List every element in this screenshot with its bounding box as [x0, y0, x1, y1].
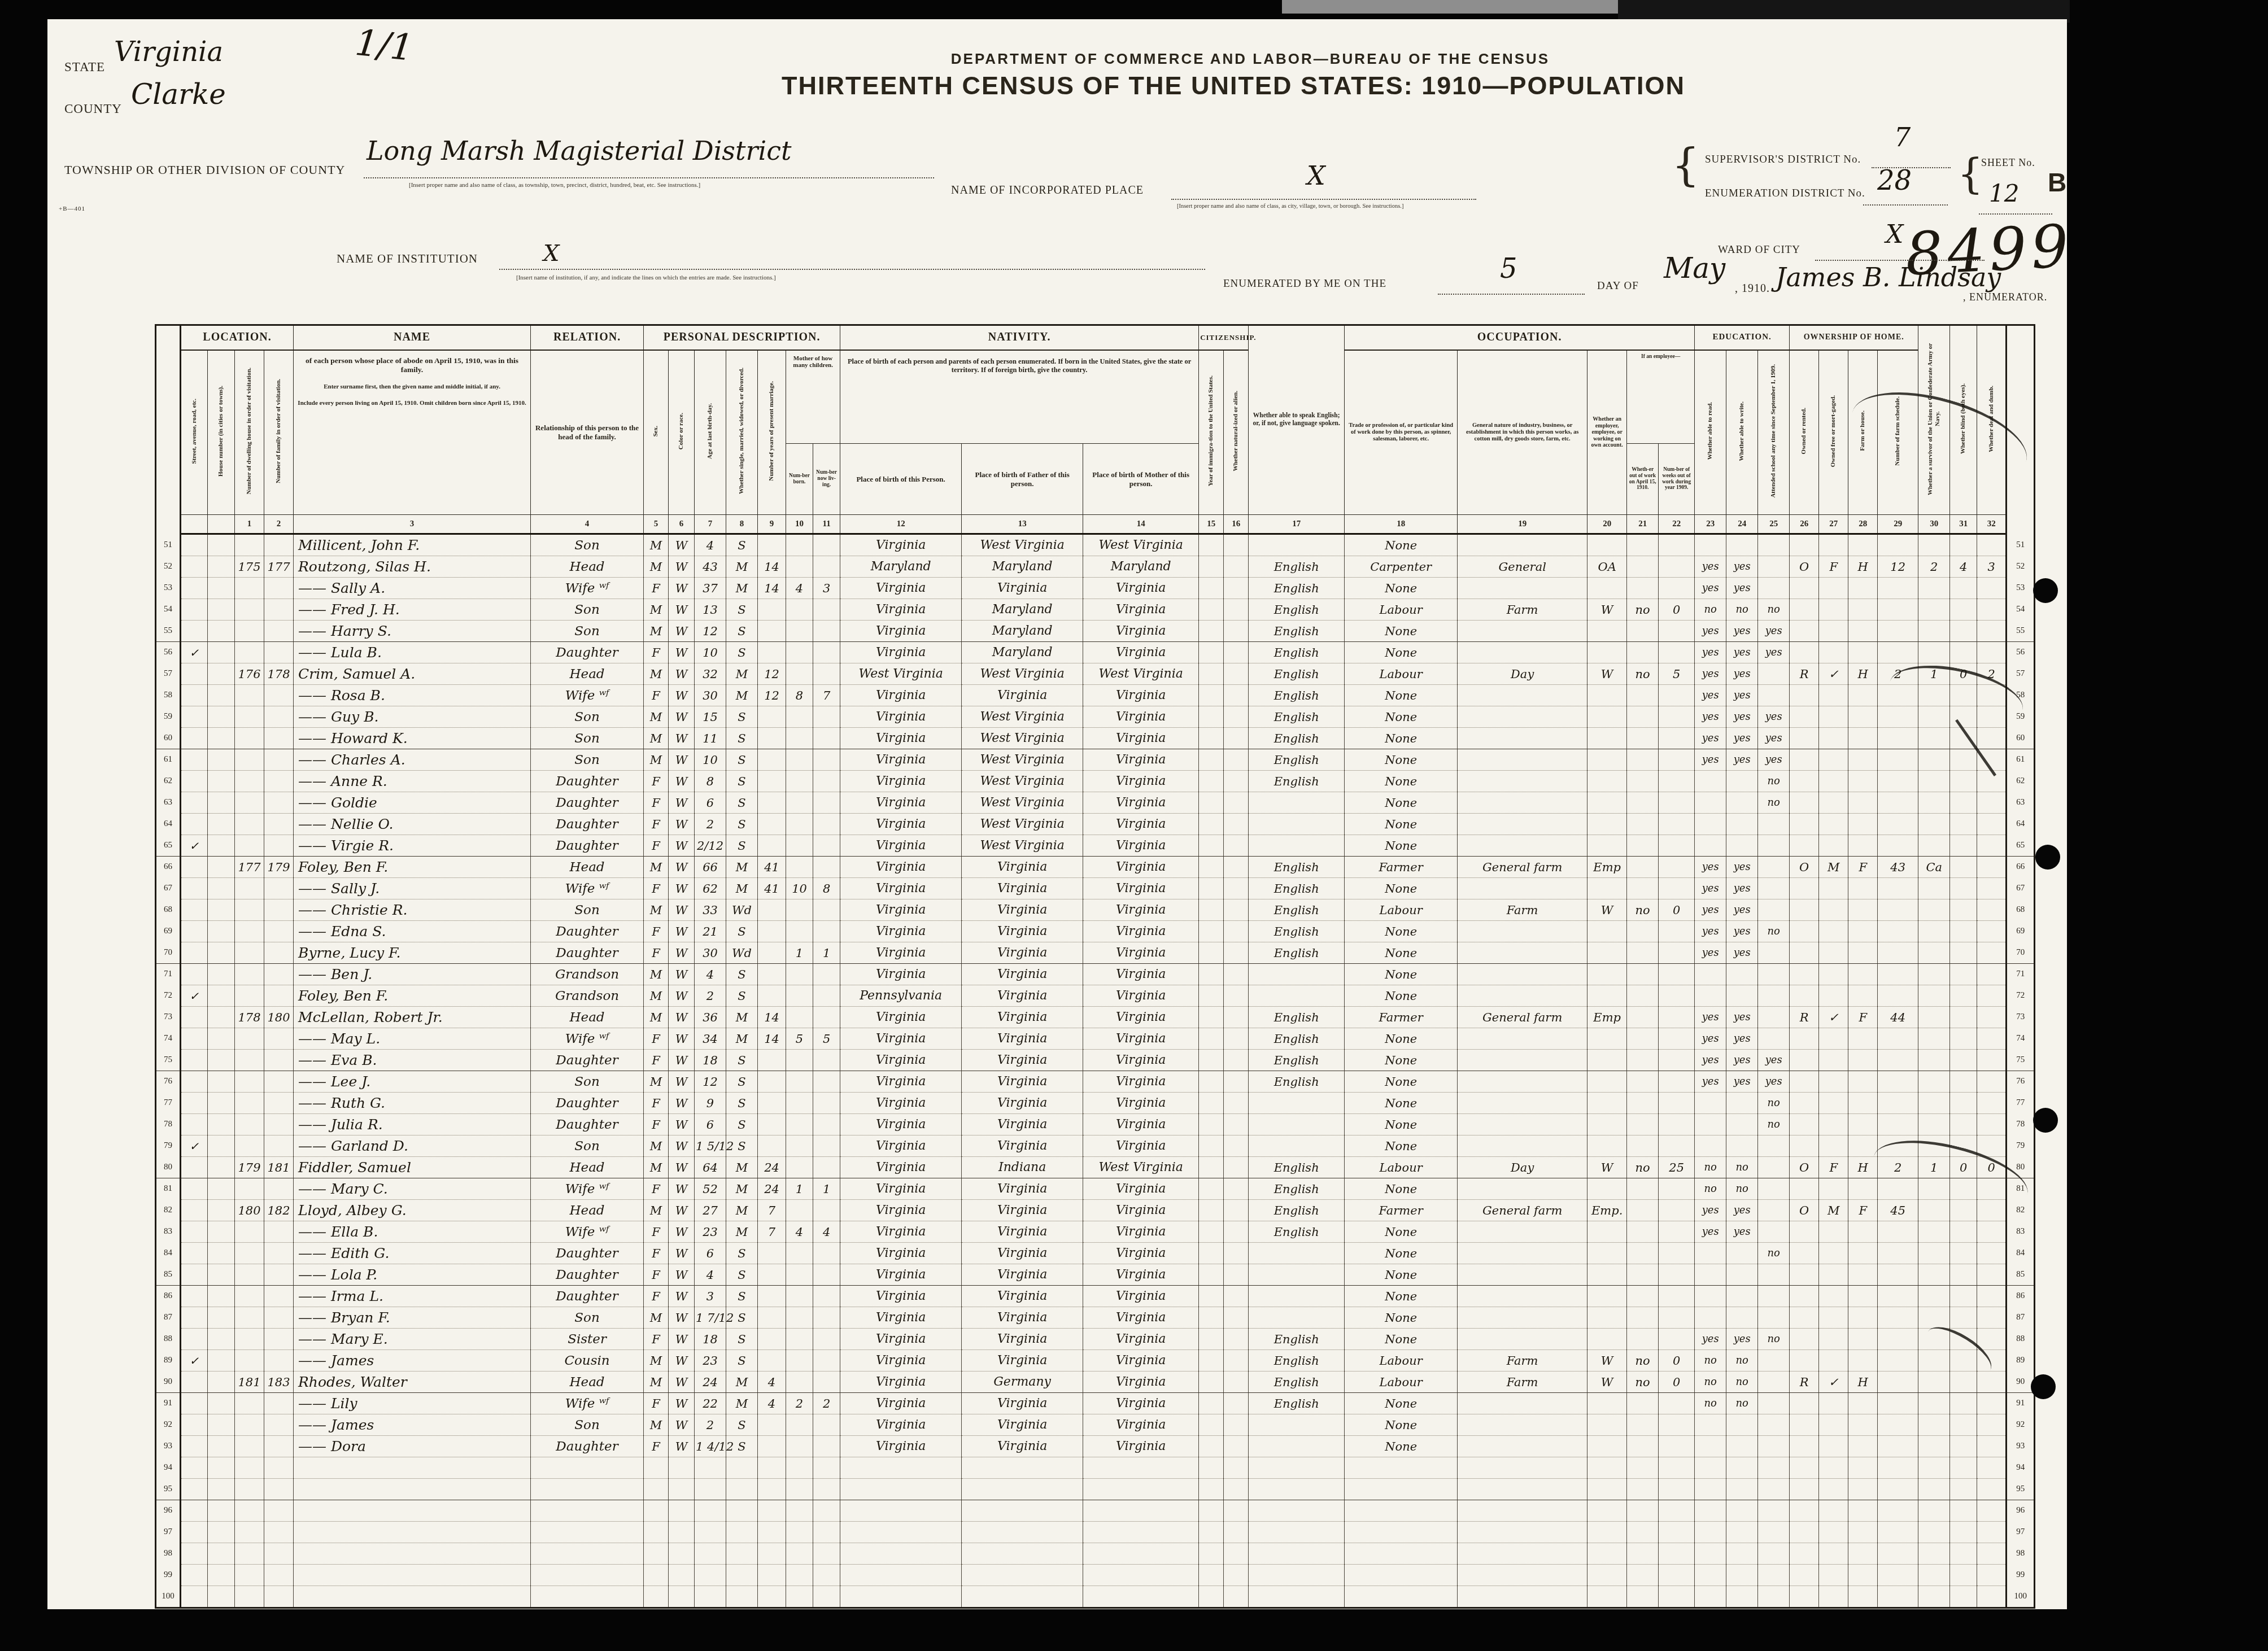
mother-birthplace: Virginia	[1083, 1178, 1199, 1200]
street-mark	[181, 1543, 208, 1565]
line-number-right: 83	[2007, 1221, 2035, 1243]
out-of-work	[1627, 534, 1659, 556]
speaks-english: English	[1249, 728, 1345, 749]
farm-or-house	[1848, 1178, 1878, 1200]
industry: General farm	[1458, 857, 1587, 878]
age: 2	[695, 985, 726, 1007]
hole-punch	[2033, 1108, 2058, 1133]
sex: M	[644, 857, 669, 878]
census-rows: 51Millicent, John F.SonMW4SVirginiaWest …	[156, 534, 2035, 1608]
attended-school	[1758, 1522, 1790, 1543]
table-row: 80179181Fiddler, SamuelHeadMW64M24Virgin…	[156, 1157, 2035, 1178]
county-value: Clarke	[131, 78, 226, 111]
blind	[1950, 578, 1977, 599]
column-trade: Trade or profession of, or particular ki…	[1345, 350, 1458, 515]
trade: None	[1345, 685, 1458, 706]
owned-rented	[1790, 814, 1819, 835]
name: Byrne, Lucy F.	[294, 942, 531, 964]
owned-rented	[1790, 771, 1819, 792]
street-mark	[181, 1565, 208, 1586]
free-mortgaged	[1819, 1500, 1848, 1522]
deaf	[1977, 728, 2007, 749]
speaks-english: English	[1249, 1329, 1345, 1350]
attended-school	[1758, 1157, 1790, 1178]
column-number: 32	[1977, 515, 2007, 534]
birthplace	[840, 1565, 962, 1586]
farm-or-house	[1848, 835, 1878, 857]
immigration-year	[1199, 1157, 1224, 1178]
deaf	[1977, 1500, 2007, 1522]
name: —— Julia R.	[294, 1114, 531, 1135]
father-birthplace: Virginia	[962, 1243, 1083, 1264]
reads: yes	[1695, 642, 1726, 663]
line-number-left: 86	[156, 1286, 181, 1307]
relation: Son	[531, 599, 644, 621]
column-age: Age at last birth-day.	[695, 350, 726, 515]
years-married	[758, 1457, 786, 1479]
birthplace: Virginia	[840, 728, 962, 749]
children-living: 2	[813, 1393, 840, 1414]
writes: yes	[1726, 921, 1758, 942]
line-number-left: 95	[156, 1479, 181, 1500]
years-married: 14	[758, 1028, 786, 1050]
attended-school	[1758, 1500, 1790, 1522]
blind	[1950, 621, 1977, 642]
farm-or-house	[1848, 1500, 1878, 1522]
out-of-work	[1627, 556, 1659, 578]
employer-status	[1587, 1307, 1627, 1329]
weeks-out-of-work: 0	[1659, 1372, 1695, 1393]
trade: None	[1345, 1264, 1458, 1286]
reads	[1695, 1479, 1726, 1500]
name: Foley, Ben F.	[294, 985, 531, 1007]
name: —— Lily	[294, 1393, 531, 1414]
farm-or-house	[1848, 621, 1878, 642]
attended-school: no	[1758, 599, 1790, 621]
age: 18	[695, 1050, 726, 1071]
farm-schedule	[1878, 728, 1918, 749]
name: —— May L.	[294, 1028, 531, 1050]
line-number-right: 60	[2007, 728, 2035, 749]
trade: None	[1345, 878, 1458, 899]
mother-birthplace: West Virginia	[1083, 663, 1199, 685]
blind	[1950, 835, 1977, 857]
children-born	[786, 663, 813, 685]
street-mark	[181, 1221, 208, 1243]
dotted-line	[1863, 167, 1948, 206]
birthplace: Virginia	[840, 942, 962, 964]
street-mark	[181, 1372, 208, 1393]
street-mark	[181, 899, 208, 921]
family-number	[264, 985, 294, 1007]
war-survivor	[1918, 1586, 1950, 1608]
name: —— Lee J.	[294, 1071, 531, 1093]
table-row: 69—— Edna S.DaughterFW21SVirginiaVirgini…	[156, 921, 2035, 942]
table-row: 55—— Harry S.SonMW12SVirginiaMarylandVir…	[156, 621, 2035, 642]
children-living	[813, 771, 840, 792]
children-living	[813, 964, 840, 985]
family-number	[264, 1286, 294, 1307]
children-living	[813, 1457, 840, 1479]
line-number-right: 65	[2007, 835, 2035, 857]
children-born	[786, 642, 813, 663]
sex: M	[644, 899, 669, 921]
marital-status	[726, 1522, 758, 1543]
sheet-letter: B	[2048, 167, 2067, 198]
weeks-out-of-work	[1659, 985, 1695, 1007]
attended-school: yes	[1758, 749, 1790, 771]
speaks-english: English	[1249, 663, 1345, 685]
line-number-left: 61	[156, 749, 181, 771]
line-number-right: 68	[2007, 899, 2035, 921]
color: W	[669, 1114, 695, 1135]
industry: Farm	[1458, 899, 1587, 921]
industry	[1458, 1457, 1587, 1479]
reads	[1695, 1135, 1726, 1157]
writes	[1726, 1479, 1758, 1500]
color	[669, 1565, 695, 1586]
children-born	[786, 985, 813, 1007]
writes: yes	[1726, 621, 1758, 642]
owned-rented	[1790, 985, 1819, 1007]
birthplace: Virginia	[840, 1200, 962, 1221]
house-number	[208, 921, 235, 942]
naturalized	[1224, 857, 1249, 878]
children-living	[813, 1372, 840, 1393]
house-number	[208, 1500, 235, 1522]
employer-status	[1587, 706, 1627, 728]
table-row: 85—— Lola P.DaughterFW4SVirginiaVirginia…	[156, 1264, 2035, 1286]
house-number	[208, 1565, 235, 1586]
line-number-left: 65	[156, 835, 181, 857]
line-number-right: 97	[2007, 1522, 2035, 1543]
line-number-left: 70	[156, 942, 181, 964]
line-number-right: 76	[2007, 1071, 2035, 1093]
free-mortgaged	[1819, 578, 1848, 599]
weeks-out-of-work	[1659, 1178, 1695, 1200]
column-number: 18	[1345, 515, 1458, 534]
age: 34	[695, 1028, 726, 1050]
attended-school: no	[1758, 1093, 1790, 1114]
color: W	[669, 621, 695, 642]
line-number-left: 56	[156, 642, 181, 663]
weeks-out-of-work	[1659, 1565, 1695, 1586]
war-survivor	[1918, 1393, 1950, 1414]
street-mark	[181, 1050, 208, 1071]
industry	[1458, 1307, 1587, 1329]
name: —— Fred J. H.	[294, 599, 531, 621]
street-mark: ✓	[181, 835, 208, 857]
line-number-right: 78	[2007, 1114, 2035, 1135]
trade: None	[1345, 1436, 1458, 1457]
birthplace: Virginia	[840, 1329, 962, 1350]
naturalized	[1224, 1221, 1249, 1243]
farm-or-house	[1848, 878, 1878, 899]
sex: F	[644, 1329, 669, 1350]
line-number-right: 55	[2007, 621, 2035, 642]
trade: None	[1345, 1071, 1458, 1093]
age	[695, 1565, 726, 1586]
family-number	[264, 1307, 294, 1329]
relation	[531, 1565, 644, 1586]
table-row: 9696	[156, 1500, 2035, 1522]
name: —— Charles A.	[294, 749, 531, 771]
street-mark	[181, 1393, 208, 1414]
reads: yes	[1695, 621, 1726, 642]
farm-schedule	[1878, 1286, 1918, 1307]
immigration-year	[1199, 1264, 1224, 1286]
line-number-left: 54	[156, 599, 181, 621]
street-mark	[181, 1264, 208, 1286]
farm-or-house	[1848, 771, 1878, 792]
sex: F	[644, 642, 669, 663]
house-number	[208, 556, 235, 578]
blind	[1950, 1393, 1977, 1414]
immigration-year	[1199, 685, 1224, 706]
color: W	[669, 1329, 695, 1350]
relation: Son	[531, 1071, 644, 1093]
war-survivor	[1918, 1457, 1950, 1479]
column-number: 1	[235, 515, 264, 534]
column-weeks-out: Num-ber of weeks out of work during year…	[1659, 444, 1695, 515]
house-number	[208, 1457, 235, 1479]
line-number-right: 53	[2007, 578, 2035, 599]
family-number: 182	[264, 1200, 294, 1221]
color: W	[669, 1200, 695, 1221]
mother-birthplace: Virginia	[1083, 1286, 1199, 1307]
industry	[1458, 1329, 1587, 1350]
attended-school	[1758, 1007, 1790, 1028]
mother-birthplace: Virginia	[1083, 728, 1199, 749]
family-number: 177	[264, 556, 294, 578]
street-mark	[181, 1093, 208, 1114]
speaks-english	[1249, 534, 1345, 556]
industry	[1458, 814, 1587, 835]
dwelling-number	[235, 1436, 264, 1457]
age: 3	[695, 1286, 726, 1307]
name	[294, 1565, 531, 1586]
immigration-year	[1199, 1135, 1224, 1157]
naturalized	[1224, 1522, 1249, 1543]
line-number-left: 67	[156, 878, 181, 899]
form-header: +B—401 STATE Virginia 1∕1 COUNTY Clarke …	[47, 19, 2067, 327]
weeks-out-of-work	[1659, 1243, 1695, 1264]
house-number	[208, 792, 235, 814]
family-number	[264, 1093, 294, 1114]
farm-schedule	[1878, 921, 1918, 942]
birthplace: Virginia	[840, 1436, 962, 1457]
house-number	[208, 1221, 235, 1243]
farm-schedule	[1878, 1221, 1918, 1243]
marital-status: S	[726, 1114, 758, 1135]
column-number: 11	[813, 515, 840, 534]
sex: M	[644, 749, 669, 771]
line-number-left: 96	[156, 1500, 181, 1522]
name: —— Anne R.	[294, 771, 531, 792]
free-mortgaged	[1819, 1565, 1848, 1586]
line-number-right: 73	[2007, 1007, 2035, 1028]
speaks-english: English	[1249, 1200, 1345, 1221]
street-mark	[181, 599, 208, 621]
writes	[1726, 1500, 1758, 1522]
naturalized	[1224, 1264, 1249, 1286]
street-mark	[181, 1307, 208, 1329]
street-mark	[181, 1157, 208, 1178]
hole-punch	[2033, 578, 2058, 603]
sex: F	[644, 1028, 669, 1050]
children-born	[786, 1436, 813, 1457]
attended-school	[1758, 1178, 1790, 1200]
house-number	[208, 985, 235, 1007]
farm-or-house	[1848, 814, 1878, 835]
line-number-left: 72	[156, 985, 181, 1007]
family-number	[264, 642, 294, 663]
owned-rented	[1790, 1093, 1819, 1114]
deaf	[1977, 1093, 2007, 1114]
employer-status: W	[1587, 1350, 1627, 1372]
out-of-work	[1627, 685, 1659, 706]
father-birthplace	[962, 1586, 1083, 1608]
naturalized	[1224, 685, 1249, 706]
years-married	[758, 1543, 786, 1565]
free-mortgaged	[1819, 964, 1848, 985]
years-married	[758, 706, 786, 728]
children-born	[786, 1286, 813, 1307]
years-married	[758, 814, 786, 835]
name: —— Lola P.	[294, 1264, 531, 1286]
age: 22	[695, 1393, 726, 1414]
deaf	[1977, 1071, 2007, 1093]
reads	[1695, 534, 1726, 556]
children-born: 10	[786, 878, 813, 899]
deaf	[1977, 1264, 2007, 1286]
immigration-year	[1199, 1093, 1224, 1114]
table-row: 59—— Guy B.SonMW15SVirginiaWest Virginia…	[156, 706, 2035, 728]
dwelling-number	[235, 621, 264, 642]
weeks-out-of-work	[1659, 621, 1695, 642]
birthplace	[840, 1522, 962, 1543]
father-birthplace: Virginia	[962, 1114, 1083, 1135]
weeks-out-of-work	[1659, 1393, 1695, 1414]
out-of-work	[1627, 1071, 1659, 1093]
farm-schedule	[1878, 1500, 1918, 1522]
immigration-year	[1199, 857, 1224, 878]
deaf	[1977, 921, 2007, 942]
family-number: 181	[264, 1157, 294, 1178]
naturalized	[1224, 1243, 1249, 1264]
weeks-out-of-work: 0	[1659, 1350, 1695, 1372]
table-row: 9999	[156, 1565, 2035, 1586]
blind	[1950, 964, 1977, 985]
house-number	[208, 621, 235, 642]
out-of-work	[1627, 1436, 1659, 1457]
mother-birthplace: Virginia	[1083, 1114, 1199, 1135]
name: —— Christie R.	[294, 899, 531, 921]
deaf	[1977, 1457, 2007, 1479]
deaf	[1977, 1307, 2007, 1329]
column-sex: Sex.	[644, 350, 669, 515]
speaks-english: English	[1249, 921, 1345, 942]
color: W	[669, 921, 695, 942]
farm-or-house	[1848, 1093, 1878, 1114]
name: —— Ella B.	[294, 1221, 531, 1243]
line-number-right: 94	[2007, 1457, 2035, 1479]
age: 10	[695, 642, 726, 663]
years-married: 14	[758, 1007, 786, 1028]
owned-rented: R	[1790, 1372, 1819, 1393]
house-number	[208, 578, 235, 599]
marital-status: S	[726, 534, 758, 556]
reads	[1695, 1586, 1726, 1608]
naturalized	[1224, 1500, 1249, 1522]
reads: yes	[1695, 685, 1726, 706]
immigration-year	[1199, 1457, 1224, 1479]
house-number	[208, 749, 235, 771]
house-number	[208, 1350, 235, 1372]
column-immigration-year: Year of immigra-tion to the United State…	[1199, 350, 1224, 515]
marital-status: S	[726, 1071, 758, 1093]
mother-birthplace: Virginia	[1083, 857, 1199, 878]
line-number-left: 58	[156, 685, 181, 706]
family-number	[264, 1393, 294, 1414]
street-mark	[181, 921, 208, 942]
age: 1 7/12	[695, 1307, 726, 1329]
family-number	[264, 899, 294, 921]
sex: F	[644, 942, 669, 964]
mother-birthplace: Virginia	[1083, 964, 1199, 985]
weeks-out-of-work	[1659, 749, 1695, 771]
column-employer-status: Whether an employer, employee, or workin…	[1587, 350, 1627, 515]
line-number-right: 61	[2007, 749, 2035, 771]
group-location: LOCATION.	[181, 325, 294, 350]
father-birthplace: West Virginia	[962, 534, 1083, 556]
father-birthplace: Virginia	[962, 1414, 1083, 1436]
group-citizenship: CITIZENSHIP.	[1199, 325, 1249, 350]
naturalized	[1224, 728, 1249, 749]
speaks-english: English	[1249, 942, 1345, 964]
speaks-english: English	[1249, 1221, 1345, 1243]
dwelling-number: 178	[235, 1007, 264, 1028]
marital-status: S	[726, 1414, 758, 1436]
color: W	[669, 1307, 695, 1329]
name: Fiddler, Samuel	[294, 1157, 531, 1178]
children-born	[786, 1093, 813, 1114]
age: 1 5/12	[695, 1135, 726, 1157]
dwelling-number	[235, 1114, 264, 1135]
age: 66	[695, 857, 726, 878]
street-mark	[181, 556, 208, 578]
writes	[1726, 1135, 1758, 1157]
years-married	[758, 1243, 786, 1264]
years-married	[758, 1586, 786, 1608]
street-mark	[181, 706, 208, 728]
table-row: 77—— Ruth G.DaughterFW9SVirginiaVirginia…	[156, 1093, 2035, 1114]
color: W	[669, 534, 695, 556]
speaks-english: English	[1249, 1350, 1345, 1372]
deaf	[1977, 599, 2007, 621]
attended-school: yes	[1758, 1050, 1790, 1071]
family-number: 180	[264, 1007, 294, 1028]
family-number	[264, 685, 294, 706]
industry	[1458, 1093, 1587, 1114]
family-number	[264, 771, 294, 792]
column-relation-description: Relationship of this person to the head …	[531, 350, 644, 515]
industry	[1458, 1393, 1587, 1414]
line-number-right: 66	[2007, 857, 2035, 878]
age: 2	[695, 1414, 726, 1436]
column-mother-children: Mother of how many children.	[786, 350, 840, 444]
relation	[531, 1500, 644, 1522]
